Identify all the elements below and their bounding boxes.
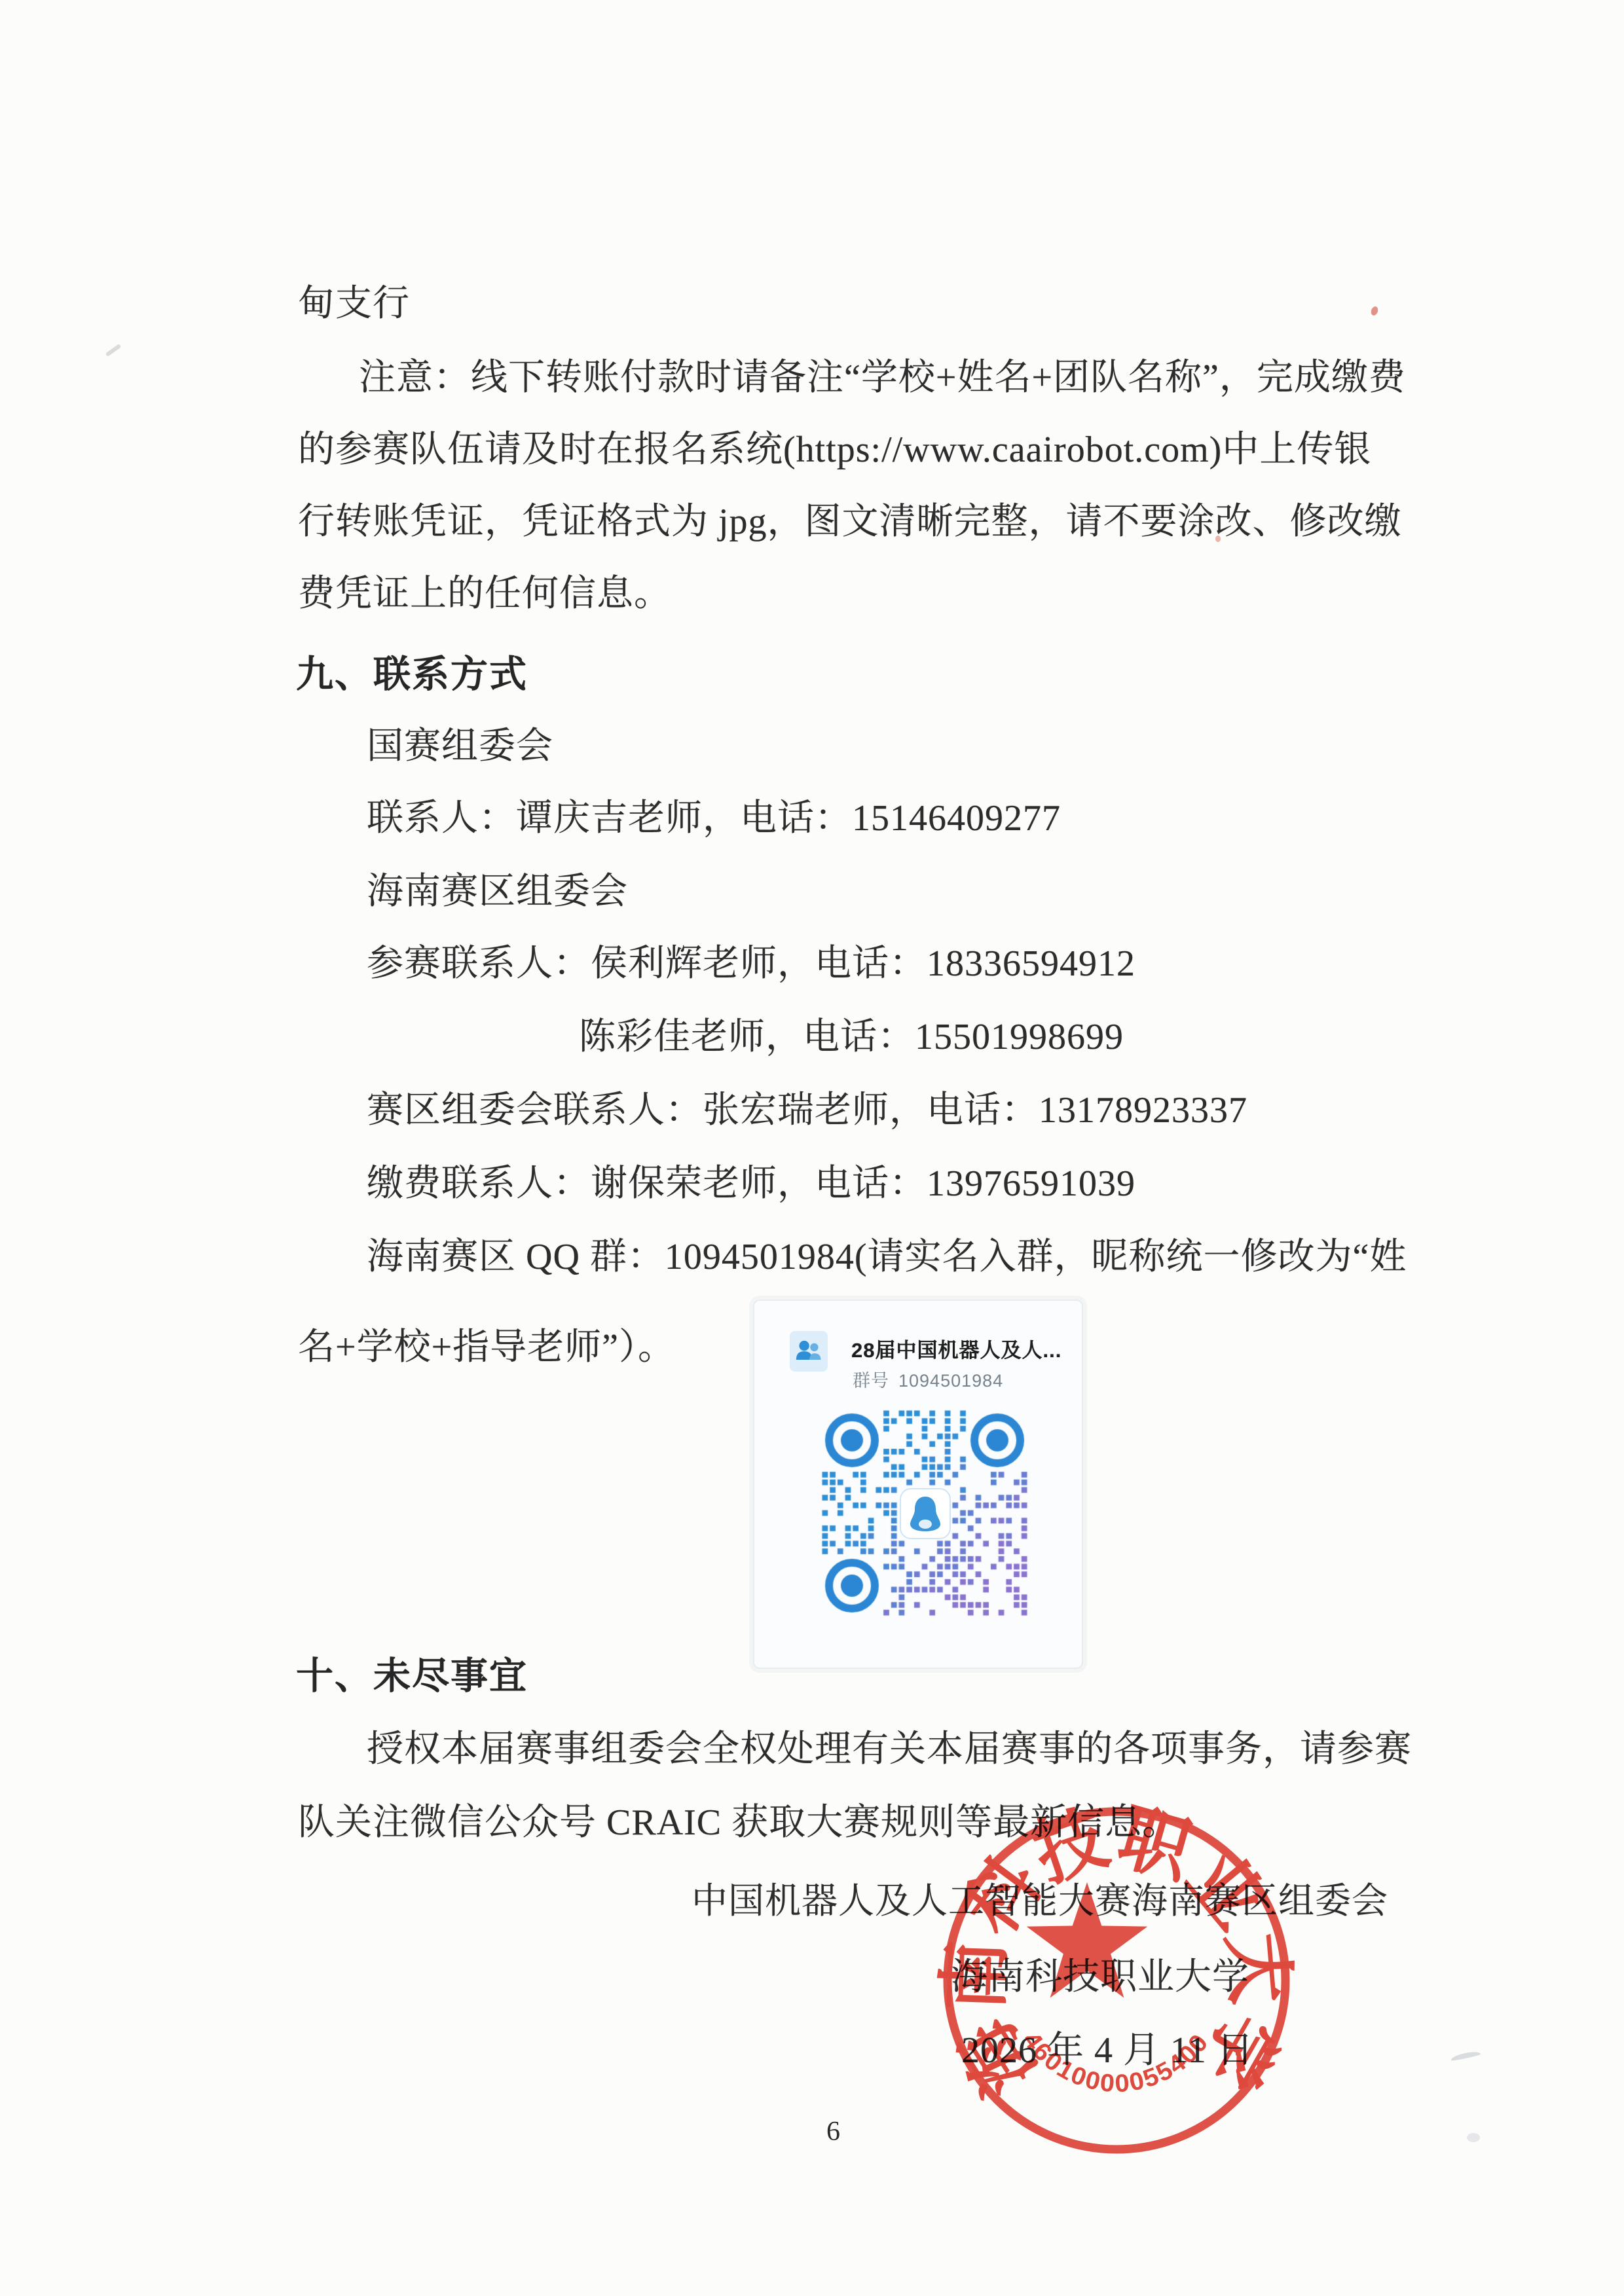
- svg-text:46010000055400: 46010000055400: [1017, 2027, 1214, 2098]
- group-members-icon: [794, 1336, 824, 1366]
- group-title: 28届中国机器人及人...: [851, 1334, 1061, 1363]
- scan-artifact: [105, 344, 122, 357]
- scan-artifact: [1215, 536, 1221, 542]
- scan-artifact: [1450, 2050, 1481, 2061]
- notice-line-3: 行转账凭证，凭证格式为 jpg，图文清晰完整，请不要涂改、修改缴: [298, 501, 1402, 543]
- page-number: 6: [826, 2116, 840, 2147]
- notice-line-2: 的参赛队伍请及时在报名系统(https://www.caairobot.com)…: [298, 429, 1371, 471]
- zone-contact-line: 赛区组委会联系人：张宏瑞老师，电话：13178923337: [367, 1089, 1247, 1131]
- qq-penguin-badge: [899, 1487, 951, 1540]
- scanned-document-page: 甸支行 注意：线下转账付款时请备注“学校+姓名+团队名称”，完成缴费 的参赛队伍…: [0, 0, 1624, 2296]
- scan-artifact: [1467, 2133, 1480, 2142]
- entry-contact-line: 参赛联系人：侯利辉老师，电话：18336594912: [367, 943, 1135, 985]
- seal-code-text: 46010000055400: [1017, 2027, 1214, 2098]
- qq-group-line-1: 海南赛区 QQ 群：1094501984(请实名入群，昵称统一修改为“姓: [367, 1236, 1407, 1278]
- seal-ring-text: 海南科技职业大学: [934, 1796, 1300, 2108]
- group-number-value: 1094501984: [898, 1371, 1003, 1391]
- entry-contact-line-2: 陈彩佳老师，电话：15501998699: [579, 1016, 1124, 1058]
- notice-line-4: 费凭证上的任何信息。: [298, 573, 671, 615]
- national-committee-line: 国赛组委会: [367, 725, 553, 767]
- national-contact-line: 联系人：谭庆吉老师，电话：15146409277: [367, 797, 1061, 839]
- qq-penguin-icon: [899, 1487, 951, 1540]
- section-9-heading: 九、联系方式: [296, 653, 528, 697]
- svg-text:海南科技职业大学: 海南科技职业大学: [934, 1796, 1300, 2108]
- payment-contact-line: 缴费联系人：谢保荣老师，电话：13976591039: [367, 1163, 1135, 1205]
- official-seal: 海南科技职业大学 46010000055400: [920, 1784, 1313, 2177]
- group-number-row: 群号1094501984: [853, 1366, 1003, 1392]
- notice-line-1: 注意：线下转账付款时请备注“学校+姓名+团队名称”，完成缴费: [359, 357, 1406, 399]
- section-10-heading: 十、未尽事宜: [296, 1655, 528, 1698]
- group-number-label: 群号: [853, 1371, 889, 1391]
- qq-group-card: 28届中国机器人及人... 群号1094501984: [753, 1300, 1083, 1669]
- group-avatar: [790, 1331, 828, 1372]
- paragraph-tail-line: 甸支行: [298, 283, 410, 325]
- hainan-committee-line: 海南赛区组委会: [367, 871, 628, 913]
- scan-artifact: [1370, 306, 1379, 317]
- misc-line-1: 授权本届赛事组委会全权处理有关本届赛事的各项事务，请参赛: [367, 1728, 1412, 1770]
- qq-group-line-2: 名+学校+指导老师”）。: [298, 1326, 675, 1368]
